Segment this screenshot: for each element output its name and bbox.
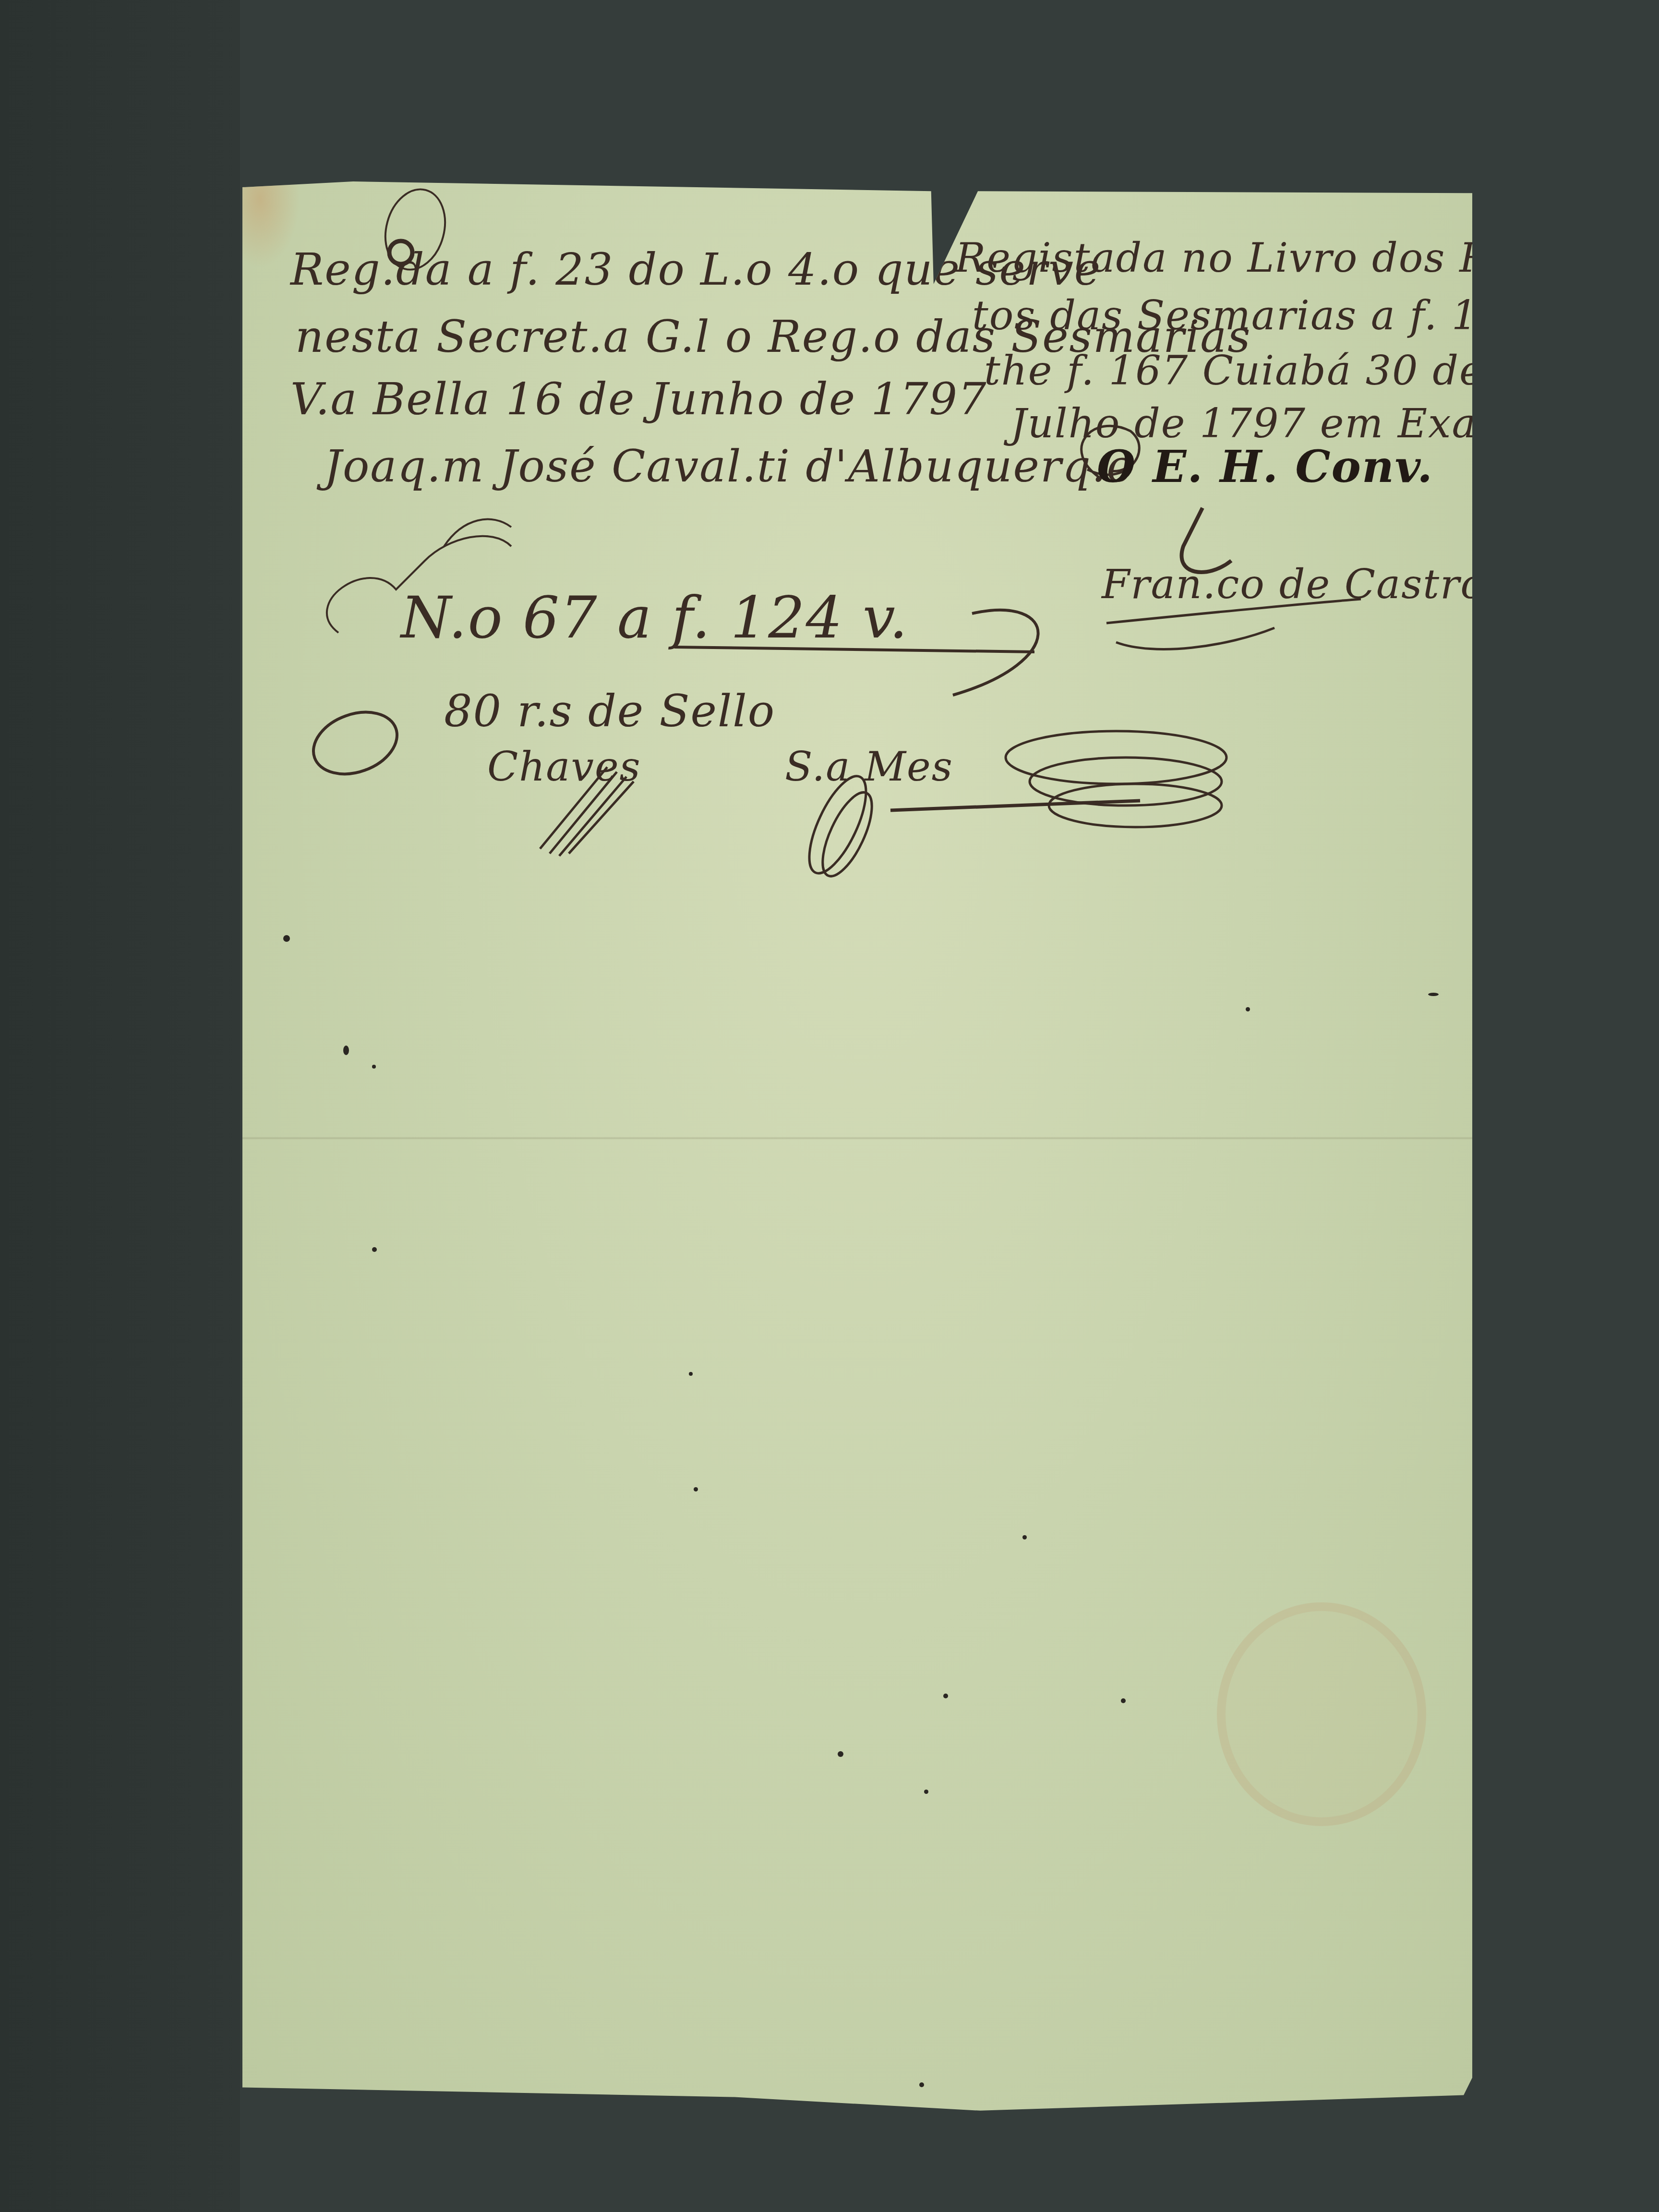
registry-number-line: N.o 67 a f. 124 v. [401, 585, 909, 651]
left-note-line-3: V.a Bella 16 de Junho de 1797 [290, 373, 987, 425]
registry-fee-line: 80 r.s de Sello [444, 685, 775, 737]
horizontal-fold-line [242, 1137, 1472, 1140]
right-signature-line-1: O E. H. Conv. [1097, 441, 1433, 493]
foxing-spot [1121, 1698, 1126, 1703]
right-note-line-3: the f. 167 Cuiabá 30 de [984, 347, 1484, 394]
foxing-spot [838, 1751, 843, 1757]
foxing-spot [943, 1694, 948, 1698]
manuscript-page: Reg.da a f. 23 do L.o 4.o que serve nest… [242, 181, 1472, 2118]
foxing-spot [689, 1372, 693, 1376]
foxing-spot [343, 1046, 349, 1055]
dark-backing-left [0, 0, 240, 2212]
foxing-spot [694, 1487, 698, 1491]
left-note-signature: Joaq.m José Caval.ti d'Albuquerq.e [324, 441, 1134, 492]
foxing-spot [919, 2082, 924, 2087]
foxing-spot [1428, 993, 1439, 996]
registry-signature-right: S.a Mes [785, 743, 953, 790]
foxing-spot [372, 1065, 376, 1069]
right-note-line-4: Julho de 1797 em Exan [1010, 400, 1504, 447]
foxing-spot [1246, 1007, 1250, 1011]
foxing-spot [372, 1247, 377, 1252]
foxing-spot [283, 935, 290, 942]
foxing-spot [1022, 1535, 1027, 1539]
foxing-spot [924, 1790, 928, 1794]
registry-signature-left: Chaves [487, 743, 641, 790]
circular-water-stain [1217, 1602, 1426, 1826]
